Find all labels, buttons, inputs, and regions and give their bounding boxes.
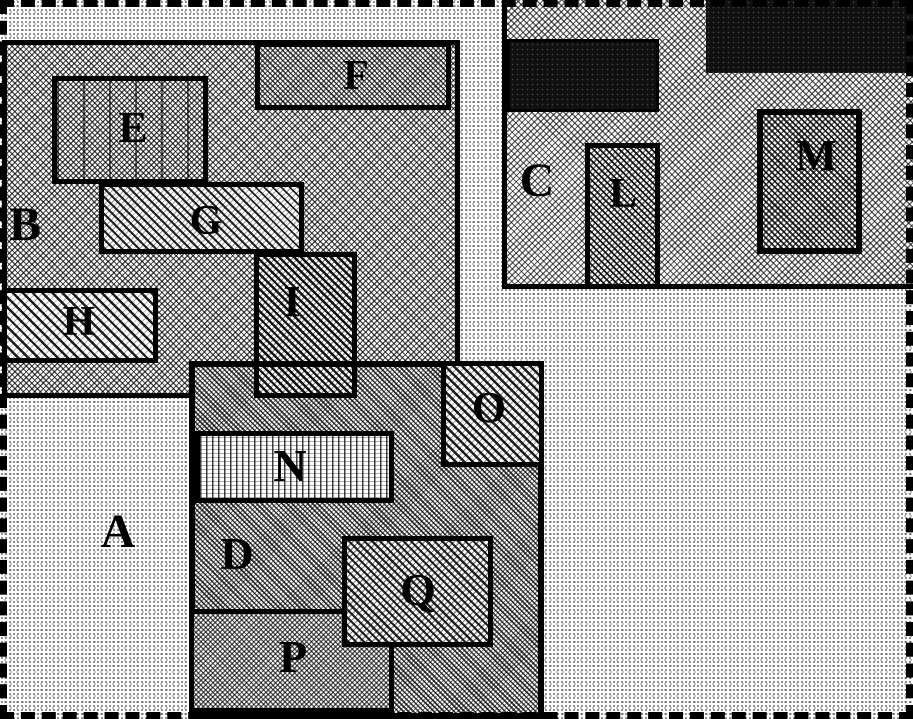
label-p: P: [279, 634, 307, 680]
label-d: D: [220, 531, 253, 577]
region-a: A B C D E F G H I L M N O P Q: [0, 0, 913, 719]
label-i: I: [283, 280, 300, 324]
label-a: A: [101, 508, 136, 556]
region-d-top-edge: [252, 361, 362, 367]
label-c: C: [520, 157, 555, 205]
dark-box-top-right: [706, 0, 913, 73]
dark-box-left: [507, 39, 659, 112]
label-g: G: [190, 200, 223, 242]
region-i: [254, 252, 357, 398]
label-m: M: [795, 134, 837, 178]
label-b: B: [9, 201, 41, 249]
label-h: H: [63, 301, 96, 343]
label-f: F: [343, 55, 369, 97]
label-n: N: [273, 443, 306, 489]
label-l: L: [609, 173, 637, 215]
label-e: E: [118, 106, 147, 150]
label-o: O: [472, 386, 506, 430]
label-q: Q: [400, 567, 436, 613]
